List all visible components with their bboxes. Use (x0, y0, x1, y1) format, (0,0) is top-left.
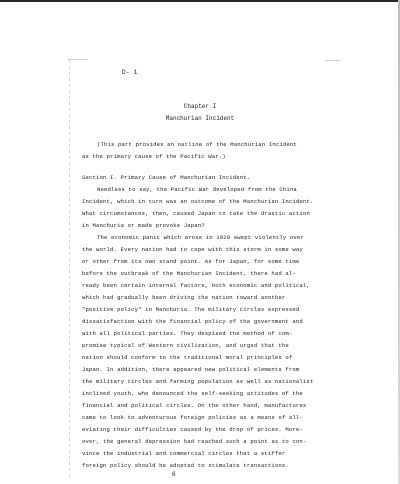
page-id: D- 1 (122, 69, 138, 76)
chapter-number: Chapter I (0, 103, 400, 110)
document-page: D- 1 Chapter I Manchurian Incident (This… (0, 0, 400, 484)
paragraph-line: came to look to adventurous foreign poli… (82, 414, 303, 421)
paragraph-line: Needless to say, the Pacific War develop… (97, 186, 297, 193)
paragraph-line: What circumstances, then, caused Japan t… (82, 210, 310, 217)
paragraph-line: over, the general depression had reached… (82, 438, 306, 445)
chapter-title: Manchurian Incident (0, 115, 400, 122)
paragraph-line: Japan. In addition, there appeared new p… (82, 366, 299, 373)
paragraph-line: foreign policy should be adopted to stim… (82, 462, 289, 469)
paragraph-line: in Manchuria or made provoke Japan? (82, 222, 205, 229)
paragraph-line: financial and political circles. On the … (82, 402, 306, 409)
paragraph-line: the military circles and farming populat… (82, 378, 313, 385)
paragraph-line: nation should conform to the traditional… (82, 354, 292, 361)
paragraph-line: inclined youth, who denounced the self-s… (82, 390, 303, 397)
note-line: (This part provides an outline of the Ma… (97, 141, 297, 148)
paragraph-line: dissatisfaction with the financial polic… (82, 318, 303, 325)
paragraph-line: or other from its own stand point. As fo… (82, 258, 299, 265)
note-line: as the primary cause of the Pacific War.… (82, 153, 226, 160)
paragraph-line: Incident, which in turn was an outcome o… (82, 198, 313, 205)
page-number: 6 (172, 471, 176, 478)
paragraph-line: promise typical of Western civilization,… (82, 342, 289, 349)
paragraph-line: eviating their difficulties caused by th… (82, 426, 303, 433)
paragraph-line: The economic panic which arose in 1929 s… (97, 234, 304, 241)
section-heading: Section I. Primary Cause of Manchurian I… (82, 174, 250, 181)
paragraph-line: ready been certain internal factors, bot… (82, 282, 310, 289)
paragraph-line: the world. Every nation had to cope with… (82, 246, 303, 253)
paragraph-line: vince the industrial and commercial circ… (82, 450, 285, 457)
paragraph-line: before the outbreak of the Manchurian In… (82, 270, 296, 277)
paragraph-line: "positive policy" in Manchuria. The mili… (82, 306, 299, 313)
paragraph-line: which had gradually been driving the nat… (82, 294, 285, 301)
paragraph-line: with all political parties. They despise… (82, 330, 292, 337)
